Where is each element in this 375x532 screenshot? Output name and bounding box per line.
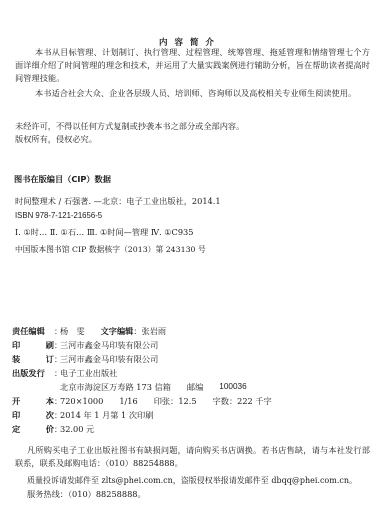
complaint-email-line: 质量投诉请发邮件至 zlts@phei.com.cn，盗版侵权举报请发邮件至 d… [27,474,375,487]
words-label: 字数 [213,394,229,408]
publisher-address: 北京市海淀区万寿路 173 信箱 [60,380,171,394]
publisher-value: 电子工业出版社 [60,366,117,380]
copyright-page: 内 容 简 介 本书从目标管理、计划制订、执行管理、过程管理、统筹管理、拖延管理… [0,0,375,532]
intro-paragraph-2: 本书适合社会大众、企业各层级人员、培训师、咨询师以及高校相关专业师生阅读使用。 [15,87,370,100]
copyright-notice: 未经许可，不得以任何方式复制或抄袭本书之部分或全部内容。 [15,120,244,133]
credit-row-printing: 印刷 ： 三河市鑫金马印装有限公司 [12,338,272,352]
cip-verification: 中国版本图书馆 CIP 数据核字（2013）第 243130 号 [15,243,206,256]
postcode-label: 邮编 [187,380,203,394]
cip-title: 图书在版编目（CIP）数据 [14,174,111,185]
text-editor-label: 文字编辑 [101,324,134,338]
format-value: 720×1000 [60,394,103,408]
words-value: 222 千字 [237,394,272,408]
credit-row-editors: 责任编辑 ： 杨 雯 文字编辑 ： 张岩雨 [12,324,272,338]
credits-block: 责任编辑 ： 杨 雯 文字编辑 ： 张岩雨 印刷 ： 三河市鑫金马印装有限公司 … [12,324,272,436]
credit-row-format: 开本 ： 720×1000 1/16 印张 ： 12.5 字数 ： 222 千字 [12,394,272,408]
publisher-label: 出版发行 [12,366,54,380]
service-hotline: 服务热线：（010）88258888。 [27,488,375,501]
editor-value: 杨 雯 [60,324,85,338]
editor-label: 责任编辑 [12,324,54,338]
cip-isbn: ISBN 978-7-121-21656-5 [15,209,102,222]
credit-row-edition: 印次 ： 2014 年 1 月第 1 次印刷 [12,408,272,422]
credit-row-price: 定价 ： 32.00 元 [12,422,272,436]
defect-notice: 凡所购买电子工业出版社图书有缺损问题，请向购买书店调换。若书店售缺，请与本社发行… [15,444,370,470]
sheets-value: 12.5 [178,394,196,408]
postcode-value: 100036 [219,380,246,394]
credit-row-publisher: 出版发行 ： 电子工业出版社 [12,366,272,380]
cip-classification: Ⅰ. ①时… Ⅱ. ①石… Ⅲ. ①时间—管理 Ⅳ. ①C935 [15,226,193,239]
sheets-label: 印张 [154,394,170,408]
cip-entry: 时间整理术 / 石强著. —北京：电子工业出版社，2014.1 [15,195,221,208]
edition-value: 2014 年 1 月第 1 次印刷 [60,408,153,422]
printing-value: 三河市鑫金马印装有限公司 [60,338,158,352]
intro-paragraph-1: 本书从目标管理、计划制订、执行管理、过程管理、统筹管理、拖延管理和情绪管理七个方… [15,46,370,85]
price-value: 32.00 元 [60,422,94,436]
credit-row-binding: 装订 ： 三河市鑫金马印装有限公司 [12,352,272,366]
format-fraction: 1/16 [119,394,137,408]
binding-value: 三河市鑫金马印装有限公司 [60,352,158,366]
rights-reserved: 版权所有，侵权必究。 [15,133,97,146]
credit-row-address: 北京市海淀区万寿路 173 信箱 邮编 100036 [12,380,272,394]
text-editor-value: 张岩雨 [142,324,167,338]
